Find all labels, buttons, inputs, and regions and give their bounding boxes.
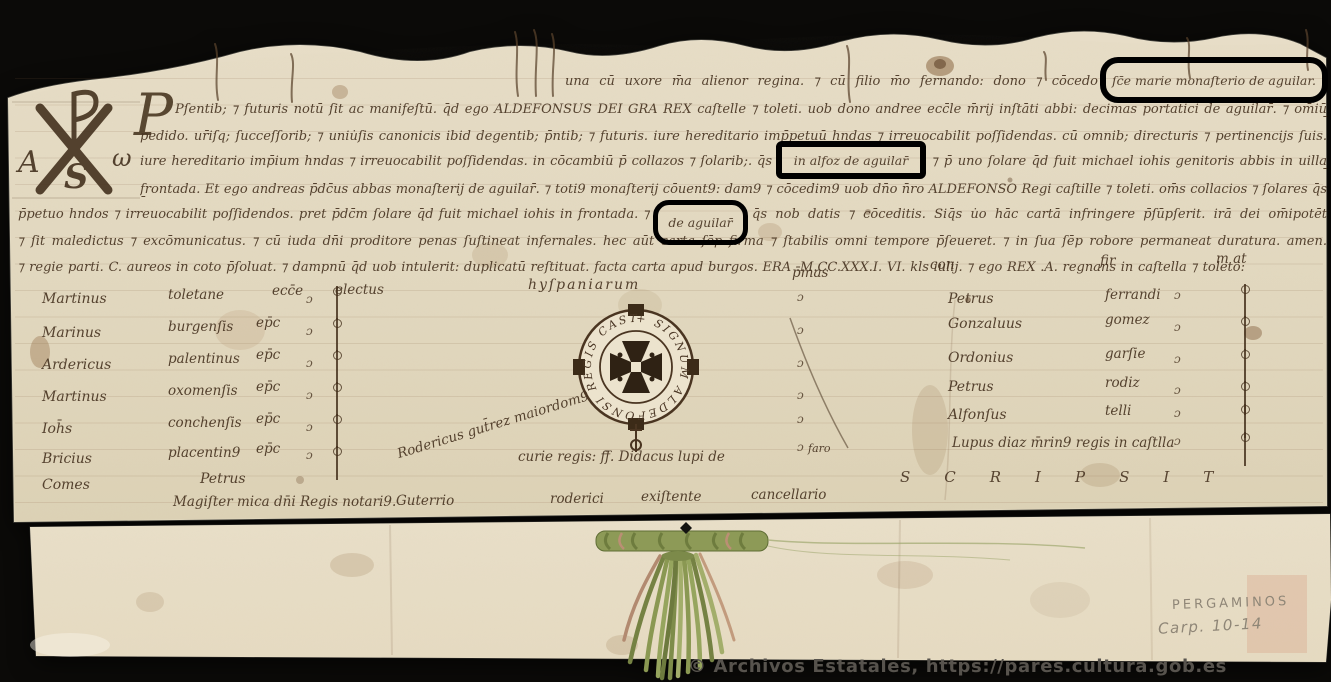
confirmation-mark: ɔ	[797, 412, 804, 426]
witness-rank: ep̄c	[256, 348, 280, 363]
charter-photograph: S A ω + SIGNUM ALDEFONSI REGIS CASTELLE …	[0, 0, 1331, 682]
confirmation-sign	[336, 286, 338, 320]
confirmation-mark: ɔ	[1174, 320, 1181, 334]
witness-name: Alfonſus	[948, 408, 1007, 423]
confirmation-mark: ɔ	[1174, 434, 1181, 448]
confirmation-sign	[336, 446, 338, 480]
highlight-box-alfoz: in alfoz de aguilar̄	[776, 141, 926, 179]
witness-name: Martinus	[42, 292, 107, 307]
charter-line-2: pedido. ur̄iſq; ſucceſſorib; ⁊ uniu̇ſis …	[140, 129, 1327, 146]
existente-label: exiſtente	[641, 490, 701, 505]
charter-line-1: P̄ſentib; ⁊ futuris notū ſit ac manifeſt…	[175, 102, 1327, 119]
witness-name: Martinus	[42, 390, 107, 405]
witness-surname: gomez	[1105, 313, 1150, 328]
witness-name: Petrus	[948, 380, 994, 395]
notary-line: Magiſter mica dn̄i Regis notari9.	[173, 495, 396, 510]
witness-name: Ordonius	[948, 351, 1013, 366]
confirmation-mark: ɔ	[306, 292, 313, 306]
witness-see: burgenſis	[168, 320, 233, 335]
confirmation-mark: ɔ	[797, 323, 804, 337]
confirmat-part-con: con	[930, 258, 954, 273]
confirmation-mark: ɔ	[306, 324, 313, 338]
charter-line-7: ⁊ regie parti. C. aureos in coto p̄ſolua…	[18, 260, 1245, 277]
confirmation-mark: ɔ	[306, 388, 313, 402]
witness-see: palentinus	[168, 352, 240, 367]
witness-rank: ep̄c	[256, 380, 280, 395]
guterrio-label: Guterrio	[396, 494, 454, 509]
witness-name: Comes	[42, 478, 90, 493]
confirmation-mark: ɔ	[1174, 406, 1181, 420]
witness-surname: rodiz	[1105, 376, 1140, 391]
confirmation-mark: ɔ	[797, 440, 804, 454]
confirmation-mark: ɔ	[306, 356, 313, 370]
boxed-text-aguilar: de aguilar̄	[668, 215, 732, 230]
witness-surname: telli	[1105, 404, 1131, 419]
witness-rank: electus	[335, 283, 384, 298]
witness-see: oxomenſis	[168, 384, 238, 399]
witness-church: ecc̄e	[272, 284, 303, 299]
witness-rank: ep̄c	[256, 316, 280, 331]
boxed-text-alfoz: in alfoz de aguilar̄	[794, 153, 908, 168]
witness-rank: ep̄c	[256, 442, 280, 457]
confirmation-mark: ɔ	[1174, 383, 1181, 397]
witness-name: Ioh̄s	[42, 422, 72, 437]
charter-line-5b: q̄s nob̄ datis ⁊ cōceditis. Siq̄s u̇o hā…	[752, 207, 1327, 224]
charter-line-5a: p̄petuo h̄ndos ⁊ irreuocabilit̄ poſſiden…	[18, 207, 650, 224]
charter-line-4: frontada. Et ego andreas p̄dc̄us abbas m…	[140, 182, 1327, 199]
confirmation-sign	[336, 382, 338, 416]
witness-surname: ferrandi	[1105, 288, 1161, 303]
copyright-watermark: © Archivos Estatales, https://pares.cult…	[688, 656, 1227, 677]
confirmation-sign	[1244, 316, 1246, 350]
witness-rank: ep̄c	[256, 412, 280, 427]
witness-see: conchenſis	[168, 416, 242, 431]
confirmation-sign	[336, 350, 338, 384]
confirmation-mark: ɔ	[306, 448, 313, 462]
primas-label: p̄mas	[792, 266, 828, 281]
witness-name: Ardericus	[42, 358, 111, 373]
witness-see: Petrus	[200, 472, 246, 487]
witness-name: Bricius	[42, 452, 92, 467]
scripsit-line: SCRIPSIT	[900, 468, 1247, 486]
confirmation-sign	[336, 318, 338, 352]
witness-name: Gonzaluus	[948, 317, 1022, 332]
confirmation-mark: ɔ	[797, 388, 804, 402]
confirmat-part-mat: m at	[1216, 252, 1247, 267]
witness-see: placentin9	[168, 446, 240, 461]
charter-line-0: una cū uxore m̄a alienor regina. ⁊ cū fi…	[565, 74, 1098, 91]
confirmation-sign	[1244, 349, 1246, 383]
confirmation-sign	[1244, 284, 1246, 318]
confirmation-mark: ɔ	[1174, 352, 1181, 366]
confirmation-mark: ɔ	[797, 356, 804, 370]
confirmation-mark: ɔ	[306, 420, 313, 434]
witness-name: Marinus	[42, 326, 101, 341]
chrismon-omega: ω	[112, 144, 132, 172]
faro-label: faro	[808, 441, 831, 456]
cancellario-label: cancellario	[751, 488, 826, 503]
witness-see: toletane	[168, 288, 224, 303]
merino-line: Lupus diaz m̄rin9 regis in caſtlla	[952, 436, 1174, 451]
confirmation-mark: ɔ	[797, 290, 804, 304]
chrismon-alpha: A	[15, 145, 40, 180]
curie-regis-line: curie regis: ff̄. Didacus lupi de	[518, 450, 725, 465]
witness-name: Petrus	[948, 292, 994, 307]
highlight-box-aguilar: de aguilar̄	[653, 200, 748, 245]
chrismon-sigma: S	[64, 157, 89, 197]
confirmation-mark: ɔ	[1174, 288, 1181, 302]
boxed-text-monasterio: ſc̄e marie monaſterio de aguilar.	[1112, 73, 1316, 88]
confirmation-sign	[1244, 432, 1246, 466]
confirmat-part-fir: fir	[1100, 254, 1115, 269]
confirmation-sign	[336, 414, 338, 448]
witness-surname: garſie	[1105, 347, 1145, 362]
roderici-label: roderici	[550, 492, 604, 507]
charter-line-3a: iure hereditario imp̄ium h̄ndas ⁊ irreuo…	[140, 154, 772, 171]
hispaniarum-label: hyſpaniarum	[528, 278, 640, 293]
charter-line-3b: ⁊ p̄ uno ſolare q̄d fuit michael ioh̄is …	[932, 154, 1327, 171]
highlight-box-monasterio: ſc̄e marie monaſterio de aguilar.	[1100, 57, 1328, 103]
